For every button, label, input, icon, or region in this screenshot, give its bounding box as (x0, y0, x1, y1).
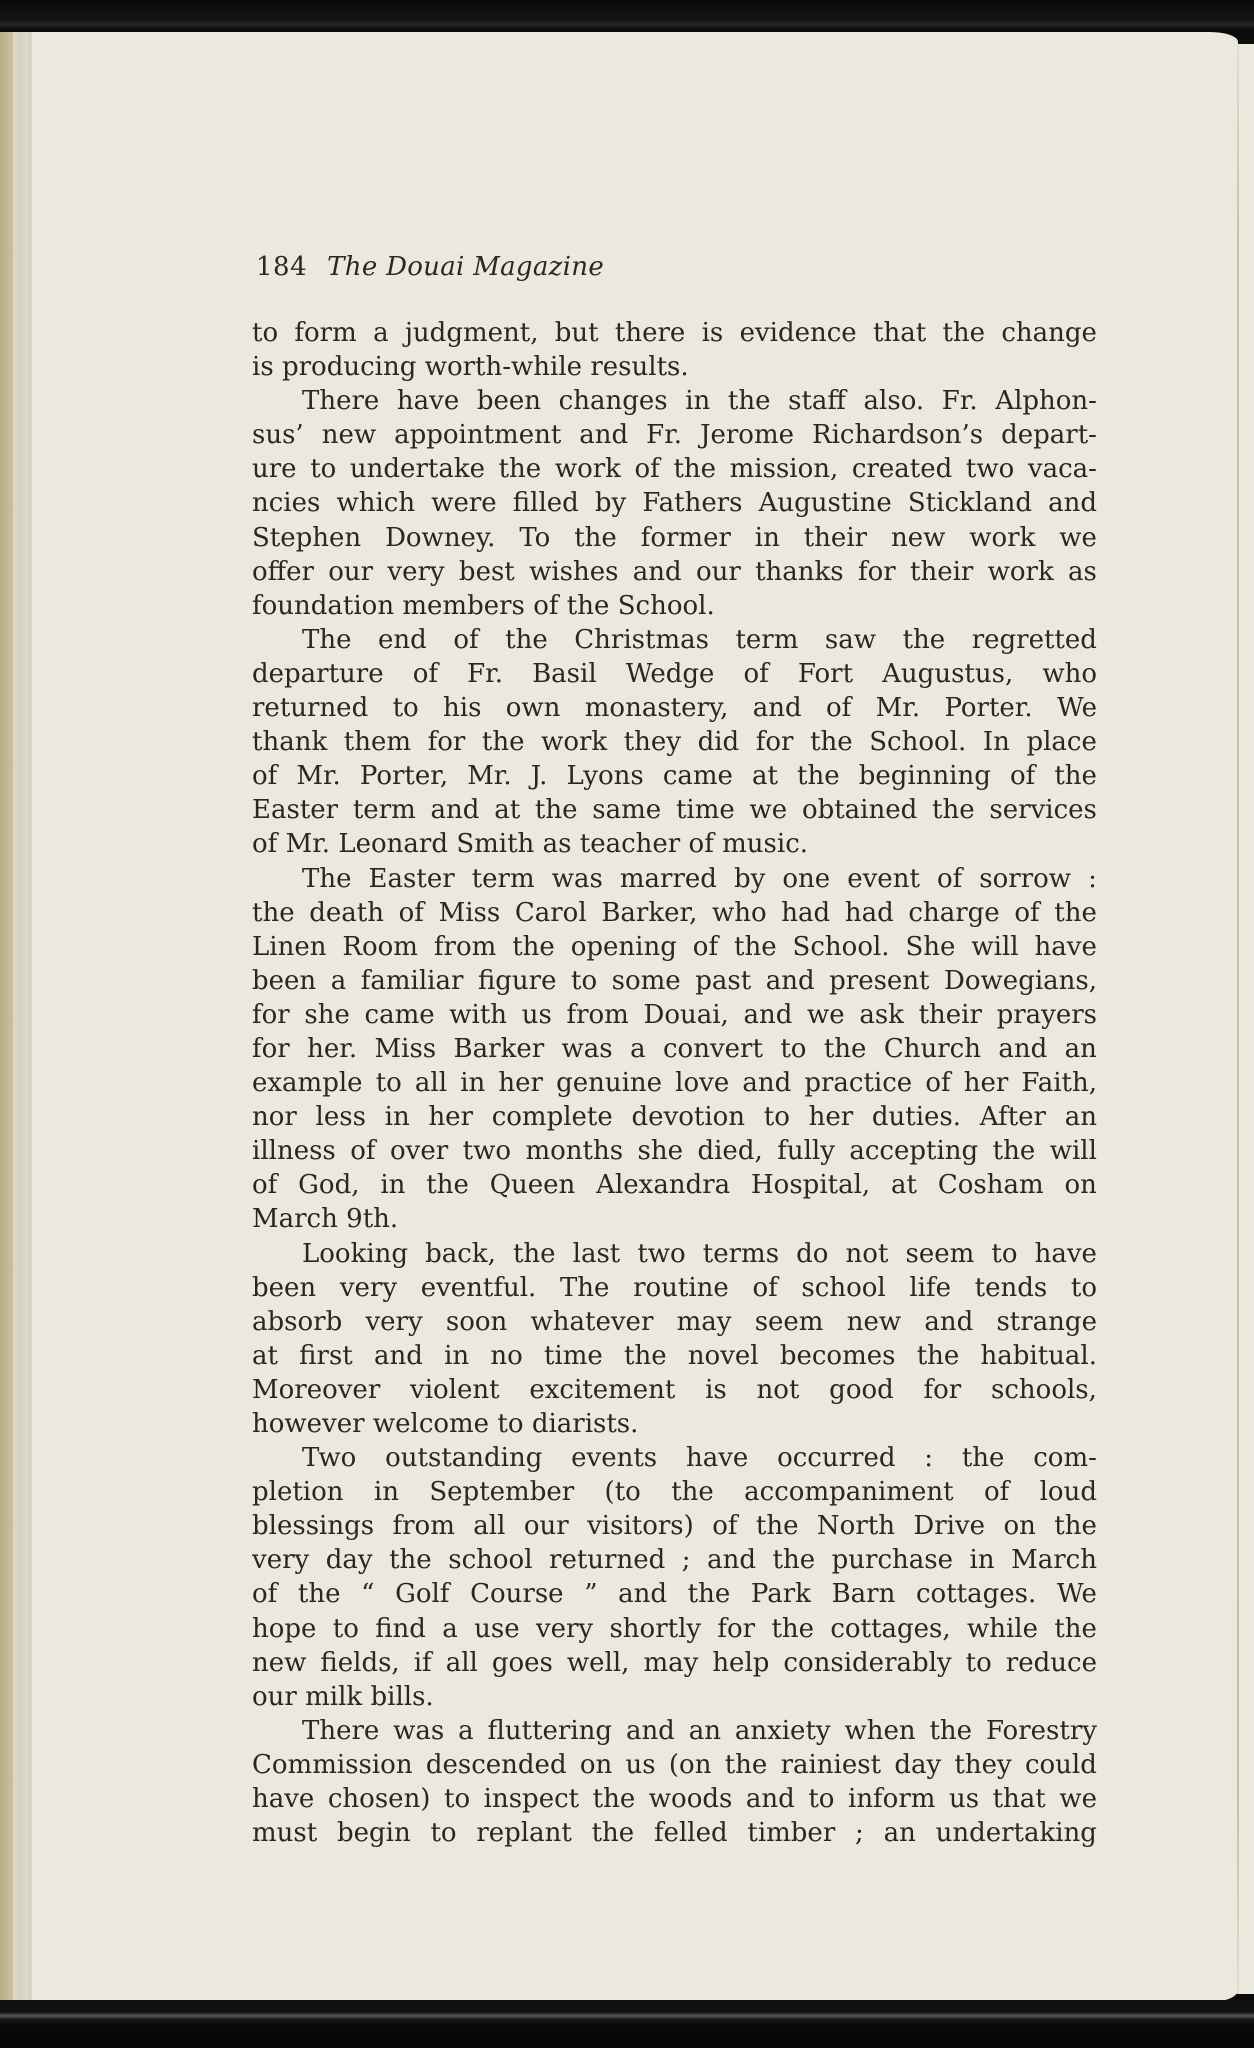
scan-border-top (0, 0, 1254, 34)
text-line: TherewasaflutteringandananxietywhentheFo… (252, 1714, 1097, 1748)
text-line: ncieswhichwerefilledbyFathersAugustineSt… (252, 486, 1097, 520)
paragraph: Lookingback,thelasttwotermsdonotseemtoha… (252, 1237, 1097, 1442)
paragraph: Twooutstandingeventshaveoccurred:thecom-… (252, 1441, 1097, 1714)
text-line: newfields,ifallgoeswell,mayhelpconsidera… (252, 1646, 1097, 1680)
text-line: Lookingback,thelasttwotermsdonotseemtoha… (252, 1237, 1097, 1271)
paragraph: TherewasaflutteringandananxietywhentheFo… (252, 1714, 1097, 1850)
text-line: March9th. (252, 1202, 1097, 1236)
text-line: beenveryeventful.Theroutineofschoollifet… (252, 1271, 1097, 1305)
text-line: mustbegintoreplantthefelledtimber;anunde… (252, 1816, 1097, 1850)
text-line: thankthemfortheworktheydidfortheSchool.I… (252, 725, 1097, 759)
text-line: Moreoverviolentexcitementisnotgoodforsch… (252, 1373, 1097, 1407)
text-line: Therehavebeenchangesinthestaffalso.Fr.Al… (252, 384, 1097, 418)
text-line: ofMr.LeonardSmithasteacherofmusic. (252, 827, 1097, 861)
text-line: blessingsfromallourvisitors)oftheNorthDr… (252, 1509, 1097, 1543)
paragraph: TheendoftheChristmastermsawtheregrettedd… (252, 623, 1097, 862)
running-head: 184The Douai Magazine (256, 252, 604, 282)
text-line: Eastertermandatthesametimeweobtainedthes… (252, 793, 1097, 827)
text-line: ofMr.Porter,Mr.J.Lyonscameatthebeginning… (252, 759, 1097, 793)
text-line: offerourverybestwishesandourthanksforthe… (252, 555, 1097, 589)
text-line: uretoundertaketheworkofthemission,create… (252, 452, 1097, 486)
text-line: ofthe“GolfCourse”andtheParkBarncottages.… (252, 1577, 1097, 1611)
text-line: verydaytheschoolreturned;andthepurchasei… (252, 1543, 1097, 1577)
text-line: absorbverysoonwhatevermayseemnewandstran… (252, 1305, 1097, 1339)
text-line: illnessofovertwomonthsshedied,fullyaccep… (252, 1134, 1097, 1168)
text-line: forshecamewithusfromDouai,andweasktheirp… (252, 998, 1097, 1032)
page-stack-edges (0, 32, 32, 2004)
text-line: LinenRoomfromtheopeningoftheSchool.Shewi… (252, 930, 1097, 964)
scan-border-bottom (0, 2000, 1254, 2048)
text-line: Commissiondescendedonus(ontherainiestday… (252, 1748, 1097, 1782)
text-line: ourmilkbills. (252, 1680, 1097, 1714)
text-line: hopetofindauseveryshortlyforthecottages,… (252, 1612, 1097, 1646)
text-line: exampletoallinhergenuineloveandpracticeo… (252, 1066, 1097, 1100)
facing-page-edge (1239, 44, 1254, 1994)
text-line: isproducingworth-whileresults. (252, 350, 1097, 384)
text-line: thedeathofMissCarolBarker,whohadhadcharg… (252, 896, 1097, 930)
text-line: Twooutstandingeventshaveoccurred:thecom- (252, 1441, 1097, 1475)
text-line: toformajudgment,butthereisevidencethatth… (252, 316, 1097, 350)
paragraph: toformajudgment,butthereisevidencethatth… (252, 316, 1097, 384)
text-line: departureofFr.BasilWedgeofFortAugustus,w… (252, 657, 1097, 691)
page-number: 184 (256, 252, 307, 282)
text-line: forher.MissBarkerwasaconverttotheChurcha… (252, 1032, 1097, 1066)
text-line: pletioninSeptember(totheaccompanimentofl… (252, 1475, 1097, 1509)
publication-title: The Douai Magazine (327, 252, 604, 282)
body-text: toformajudgment,butthereisevidencethatth… (252, 316, 1097, 1850)
paragraph: Therehavebeenchangesinthestaffalso.Fr.Al… (252, 384, 1097, 623)
text-line: atfirstandinnotimethenovelbecomesthehabi… (252, 1339, 1097, 1373)
text-line: beenafamiliarfiguretosomepastandpresentD… (252, 964, 1097, 998)
text-line: ofGod,intheQueenAlexandraHospital,atCosh… (252, 1168, 1097, 1202)
text-line: havechosen)toinspectthewoodsandtoinformu… (252, 1782, 1097, 1816)
text-line: norlessinhercompletedevotiontoherduties.… (252, 1100, 1097, 1134)
text-line: howeverwelcometodiarists. (252, 1407, 1097, 1441)
text-line: sus’newappointmentandFr.JeromeRichardson… (252, 418, 1097, 452)
text-line: TheEastertermwasmarredbyoneeventofsorrow… (252, 862, 1097, 896)
text-line: TheendoftheChristmastermsawtheregretted (252, 623, 1097, 657)
text-line: foundationmembersoftheSchool. (252, 589, 1097, 623)
paragraph: TheEastertermwasmarredbyoneeventofsorrow… (252, 862, 1097, 1237)
text-line: StephenDowney.Totheformerintheirnewworkw… (252, 521, 1097, 555)
text-line: returnedtohisownmonastery,andofMr.Porter… (252, 691, 1097, 725)
